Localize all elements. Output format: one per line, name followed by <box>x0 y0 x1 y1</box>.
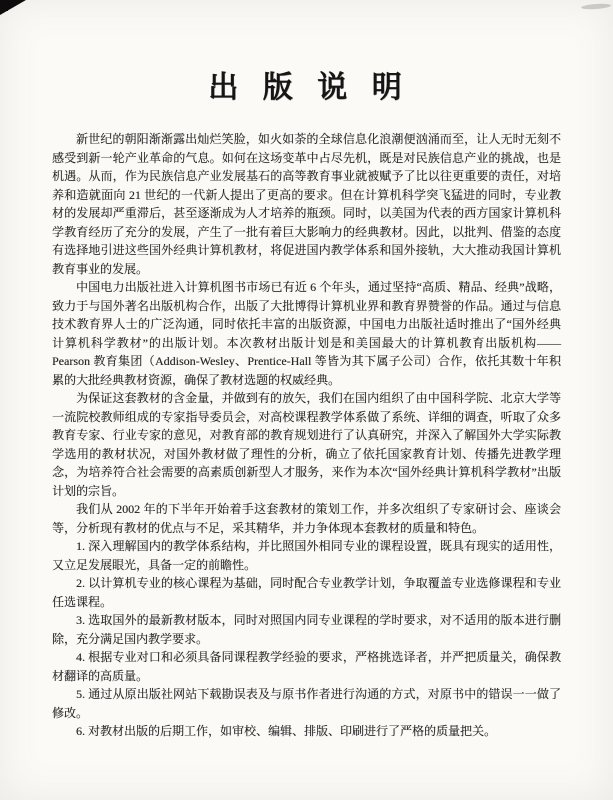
paragraph-intro: 新世纪的朝阳渐渐露出灿烂笑脸，如火如荼的全球信息化浪潮便汹涌而至，让人无时无刻不… <box>52 130 561 278</box>
publication-note-body: 新世纪的朝阳渐渐露出灿烂笑脸，如火如荼的全球信息化浪潮便汹涌而至，让人无时无刻不… <box>0 130 613 741</box>
paragraph-purpose: 为保证这套教材的含金量，并做到有的放矢，我们在国内组织了由中国科学院、北京大学等… <box>52 389 561 500</box>
page-title: 出 版 说 明 <box>0 62 613 106</box>
list-item-3: 3. 选取国外的最新教材版本，同时对照国内同专业课程的学时要求，对不适用的版本进… <box>52 611 561 648</box>
list-item-1: 1. 深入理解国内的教学体系结构，并比照国外相同专业的课程设置，既具有现实的适用… <box>52 537 561 574</box>
list-item-4: 4. 根据专业对口和必须具备同课程教学经验的要求，严格挑选译者，并严把质量关，确… <box>52 648 561 685</box>
book-page: 出 版 说 明 新世纪的朝阳渐渐露出灿烂笑脸，如火如荼的全球信息化浪潮便汹涌而至… <box>0 0 613 800</box>
list-item-6: 6. 对教材出版的后期工作，如审校、编辑、排版、印刷进行了严格的质量把关。 <box>52 722 561 741</box>
paragraph-planning: 我们从 2002 年的下半年开始着手这套教材的策划工作，并多次组织了专家研讨会、… <box>52 500 561 537</box>
scan-artifact-top-right <box>581 3 611 10</box>
paragraph-publisher: 中国电力出版社进入计算机图书市场已有近 6 个年头，通过坚持“高质、精品、经典”… <box>52 278 561 389</box>
list-item-2: 2. 以计算机专业的核心课程为基础，同时配合专业教学计划，争取覆盖专业选修课程和… <box>52 574 561 611</box>
scan-artifact-top-left <box>0 0 26 15</box>
list-item-5: 5. 通过从原出版社网站下载勘误表及与原书作者进行沟通的方式，对原书中的错误一一… <box>52 685 561 722</box>
